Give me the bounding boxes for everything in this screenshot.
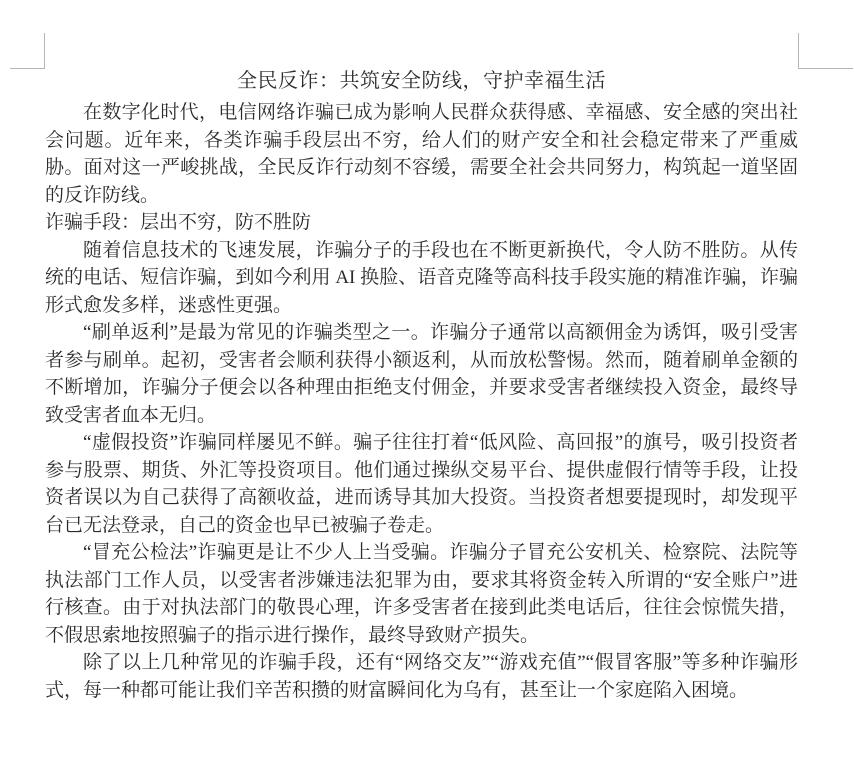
margin-crop-mark-top-right <box>798 33 853 69</box>
paragraph-impersonation-scam: “冒充公检法”诈骗更是让不少人上当受骗。诈骗分子冒充公安机关、检察院、法院等执法… <box>45 539 798 649</box>
margin-crop-mark-top-left <box>10 33 45 69</box>
document-content: 全民反诈：共筑安全防线，守护幸福生活 在数字化时代，电信网络诈骗已成为影响人民群… <box>45 66 798 704</box>
paragraph-intro: 在数字化时代，电信网络诈骗已成为影响人民群众获得感、幸福感、安全感的突出社会问题… <box>45 99 798 209</box>
paragraph-tech-evolution: 随着信息技术的飞速发展，诈骗分子的手段也在不断更新换代，令人防不胜防。从传统的电… <box>45 237 798 320</box>
page-title: 全民反诈：共筑安全防线，守护幸福生活 <box>45 66 798 96</box>
paragraph-other-scams: 除了以上几种常见的诈骗手段，还有“网络交友”“游戏充值”“假冒客服”等多种诈骗形… <box>45 649 798 704</box>
section-heading-fraud-methods: 诈骗手段：层出不穷，防不胜防 <box>45 209 798 237</box>
paragraph-fake-investment-scam: “虚假投资”诈骗同样屡见不鲜。骗子往往打着“低风险、高回报”的旗号，吸引投资者参… <box>45 429 798 539</box>
document-page: 全民反诈：共筑安全防线，守护幸福生活 在数字化时代，电信网络诈骗已成为影响人民群… <box>0 0 854 776</box>
paragraph-rebate-scam: “刷单返利”是最为常见的诈骗类型之一。诈骗分子通常以高额佣金为诱饵，吸引受害者参… <box>45 319 798 429</box>
